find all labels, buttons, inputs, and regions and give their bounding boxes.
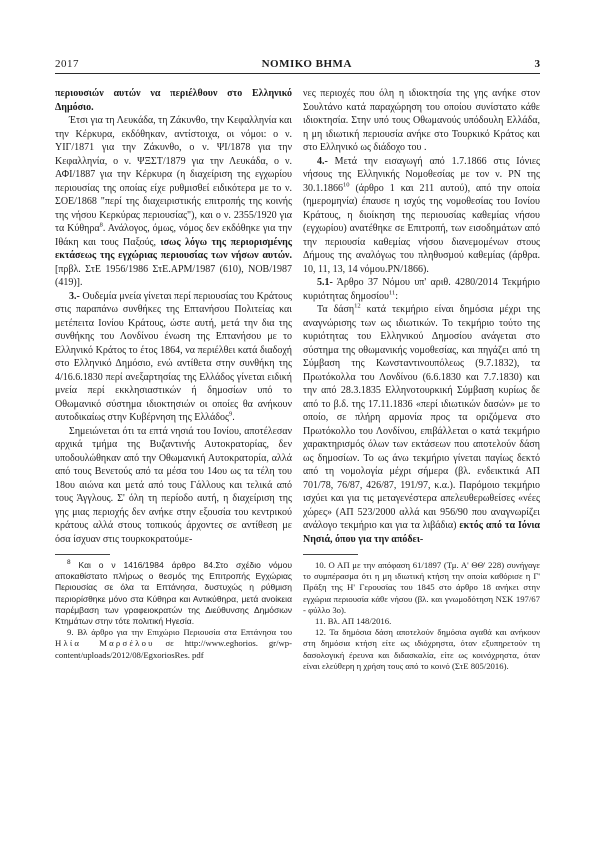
text-run: [πρβλ. ΣτΕ 1956/1986 ΣτΕ.ΑΡΜ/1987 (610),… — [55, 264, 292, 289]
text-run: 5.1- — [317, 277, 333, 288]
left-column-text: περιουσιών αυτών να περιέλθουν στο Ελλην… — [55, 87, 292, 546]
right-column-text: νες περιοχές που όλη η ιδιοκτησία της γη… — [303, 87, 540, 546]
text-run: Άρθρο 37 Νόμου υπ' αριθ. 4280/2014 Τεκμή… — [303, 277, 540, 302]
text-run: . — [232, 412, 235, 423]
text-run: 3.- — [69, 291, 80, 302]
text-run: Τα δάση — [317, 304, 354, 315]
paragraph: Σημειώνεται ότι τα επτά νησιά του Ιονίου… — [55, 425, 292, 547]
paragraph: Τα δάση12 κατά τεκμήριο είναι δημόσια μέ… — [303, 303, 540, 546]
text-run: Ουδεμία μνεία γίνεται περί περιουσίας το… — [55, 291, 292, 424]
paragraph: Έτσι για τη Λευκάδα, τη Ζάκυνθο, την Κεφ… — [55, 114, 292, 290]
header-year: 2017 — [55, 58, 79, 70]
text-run: Σημειώνεται ότι τα επτά νησιά του Ιονίου… — [55, 426, 292, 545]
left-footnotes-text: 8 Και ο ν 1416/1984 άρθρο 84.Στο σχέδιο … — [55, 560, 292, 661]
text-run: 11. Βλ. ΑΠ 148/2016. — [315, 616, 391, 626]
paragraph: 5.1- Άρθρο 37 Νόμου υπ' αριθ. 4280/2014 … — [303, 276, 540, 303]
two-column-body: περιουσιών αυτών να περιέλθουν στο Ελλην… — [55, 87, 540, 672]
text-run: 10. Ο ΑΠ με την απόφαση 61/1897 (Τμ. Α' … — [303, 560, 540, 615]
text-run: 4.- — [317, 156, 328, 167]
text-run: Έτσι για τη Λευκάδα, τη Ζάκυνθο, την Κεφ… — [55, 115, 292, 234]
text-run: (άρθρο 1 και 211 αυτού), από την οποία (… — [303, 183, 540, 275]
right-footnotes: 10. Ο ΑΠ με την απόφαση 61/1897 (Τμ. Α' … — [303, 554, 540, 672]
text-run: περιουσιών αυτών να περιέλθουν στο Ελλην… — [55, 88, 292, 113]
paragraph: 8 Και ο ν 1416/1984 άρθρο 84.Στο σχέδιο … — [55, 560, 292, 627]
text-run: Ηλία Μαρσέλου — [55, 638, 155, 648]
journal-page: 2017 ΝΟΜΙΚΟ ΒΗΜΑ 3 περιουσιών αυτών να π… — [0, 0, 595, 842]
right-footnotes-text: 10. Ο ΑΠ με την απόφαση 61/1897 (Τμ. Α' … — [303, 560, 540, 672]
paragraph: 10. Ο ΑΠ με την απόφαση 61/1897 (Τμ. Α' … — [303, 560, 540, 616]
paragraph: 11. Βλ. ΑΠ 148/2016. — [303, 616, 540, 627]
text-run: νες περιοχές που όλη η ιδιοκτησία της γη… — [303, 88, 540, 153]
paragraph: 9. Βλ άρθρο για την Επιχώριο Περιουσία σ… — [55, 627, 292, 661]
header-journal-title: ΝΟΜΙΚΟ ΒΗΜΑ — [262, 58, 352, 70]
paragraph: 3.- Ουδεμία μνεία γίνεται περί περιουσία… — [55, 290, 292, 425]
paragraph: 4.- Μετά την εισαγωγή από 1.7.1866 στις … — [303, 155, 540, 277]
text-run: 9. Βλ άρθρο για την Επιχώριο Περιουσία σ… — [67, 627, 292, 637]
left-footnotes: 8 Και ο ν 1416/1984 άρθρο 84.Στο σχέδιο … — [55, 554, 292, 661]
text-run: : — [395, 291, 398, 302]
text-run: 12. Τα δημόσια δάση αποτελούν δημόσια αγ… — [303, 627, 540, 671]
paragraph: 12. Τα δημόσια δάση αποτελούν δημόσια αγ… — [303, 627, 540, 672]
page-header: 2017 ΝΟΜΙΚΟ ΒΗΜΑ 3 — [55, 58, 540, 74]
right-column: νες περιοχές που όλη η ιδιοκτησία της γη… — [303, 87, 540, 672]
paragraph: περιουσιών αυτών να περιέλθουν στο Ελλην… — [55, 87, 292, 114]
header-page-number: 3 — [535, 58, 541, 70]
text-run: κατά τεκμήριο είναι δημόσια μέχρι της αν… — [303, 304, 540, 531]
footnote-separator — [303, 554, 358, 555]
paragraph: νες περιοχές που όλη η ιδιοκτησία της γη… — [303, 87, 540, 155]
text-run: Και ο ν 1416/1984 άρθρο 84.Στο σχέδιο νό… — [55, 560, 292, 626]
footnote-separator — [55, 554, 110, 555]
left-column: περιουσιών αυτών να περιέλθουν στο Ελλην… — [55, 87, 292, 672]
